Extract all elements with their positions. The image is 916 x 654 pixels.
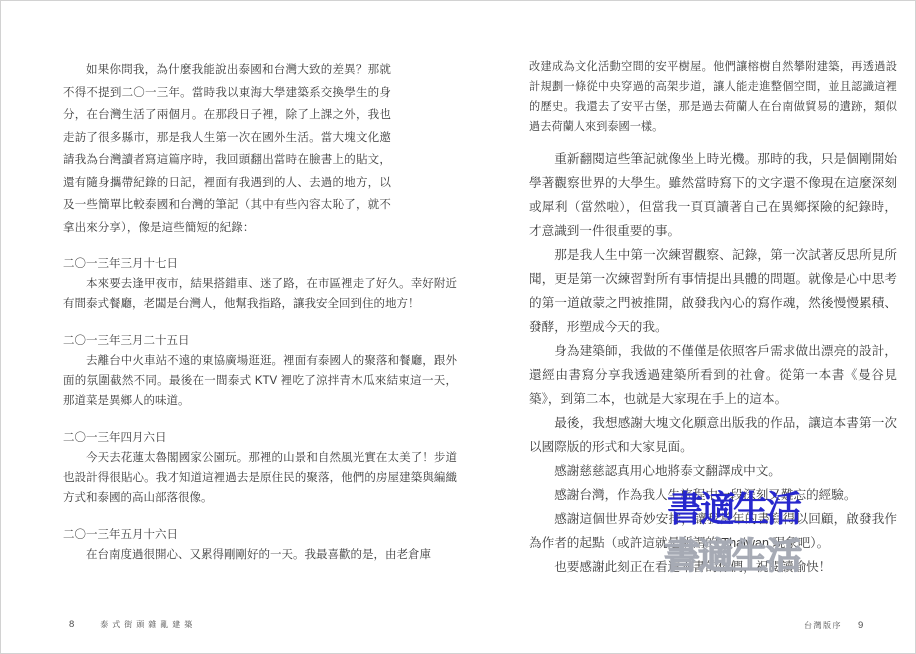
page-number: 8 (69, 619, 74, 630)
chapter-title: 台灣版序 (804, 621, 842, 630)
left-page-footer: 8泰式街頭雜亂建築 (69, 614, 196, 632)
left-page: 如果你問我，為什麼我能說出泰國和台灣大致的差異？那就不得不提到二〇一三年。當時我… (63, 59, 457, 582)
diary-entry: 二〇一三年五月十六日 在台南度過很開心、又累得剛剛好的一天。我最喜歡的是，由老倉… (63, 525, 457, 565)
intro-paragraph: 如果你問我，為什麼我能說出泰國和台灣大致的差異？那就不得不提到二〇一三年。當時我… (63, 59, 391, 239)
diary-date: 二〇一三年五月十六日 (63, 525, 457, 545)
paragraph: 身為建築師，我做的不僅僅是依照客戶需求做出漂亮的設計，還經由書寫分享我透過建築所… (529, 339, 897, 411)
diary-entry: 二〇一三年三月二十五日 去離台中火車站不遠的東協廣場逛逛。裡面有泰國人的聚落和餐… (63, 331, 457, 411)
paragraph: 重新翻閱這些筆記就像坐上時光機。那時的我，只是個剛開始學著觀察世界的大學生。雖然… (529, 147, 897, 243)
diary-body: 去離台中火車站不遠的東協廣場逛逛。裡面有泰國人的聚落和餐廳，跟外面的氛圍截然不同… (63, 351, 457, 411)
paragraph: 感謝慈慈認真用心地將泰文翻譯成中文。 (529, 459, 897, 483)
diary-date: 二〇一三年三月二十五日 (63, 331, 457, 351)
page-number: 9 (858, 620, 863, 631)
right-page-footer: 台灣版序9 (804, 615, 863, 633)
watermark-outline: 書適生活 (664, 538, 800, 574)
continuation-paragraph: 改建成為文化活動空間的安平樹屋。他們讓榕樹自然攀附建築，再透過設計規劃一條從中央… (529, 57, 897, 137)
chapter-title: 泰式街頭雜亂建築 (100, 620, 196, 629)
book-spread-scan: 如果你問我，為什麼我能說出泰國和台灣大致的差異？那就不得不提到二〇一三年。當時我… (0, 0, 916, 654)
diary-body: 在台南度過很開心、又累得剛剛好的一天。我最喜歡的是，由老倉庫 (63, 545, 457, 565)
paragraph: 最後，我想感謝大塊文化願意出版我的作品，讓這本書第一次以國際版的形式和大家見面。 (529, 411, 897, 459)
diary-date: 二〇一三年四月六日 (63, 428, 457, 448)
diary-entry: 二〇一三年三月十七日 本來要去逢甲夜市，結果搭錯車、迷了路，在市區裡走了好久。幸… (63, 254, 457, 314)
paragraph: 那是我人生中第一次練習觀察、記錄，第一次試著反思所見所聞，更是第一次練習對所有事… (529, 243, 897, 339)
diary-entry: 二〇一三年四月六日 今天去花蓮太魯閣國家公園玩。那裡的山景和自然風光實在太美了！… (63, 428, 457, 508)
diary-body: 今天去花蓮太魯閣國家公園玩。那裡的山景和自然風光實在太美了！步道也設計得很貼心。… (63, 448, 457, 508)
diary-body: 本來要去逢甲夜市，結果搭錯車、迷了路，在市區裡走了好久。幸好附近有間泰式餐廳，老… (63, 274, 457, 314)
watermark-solid: 書適生活 (667, 491, 799, 527)
diary-date: 二〇一三年三月十七日 (63, 254, 457, 274)
